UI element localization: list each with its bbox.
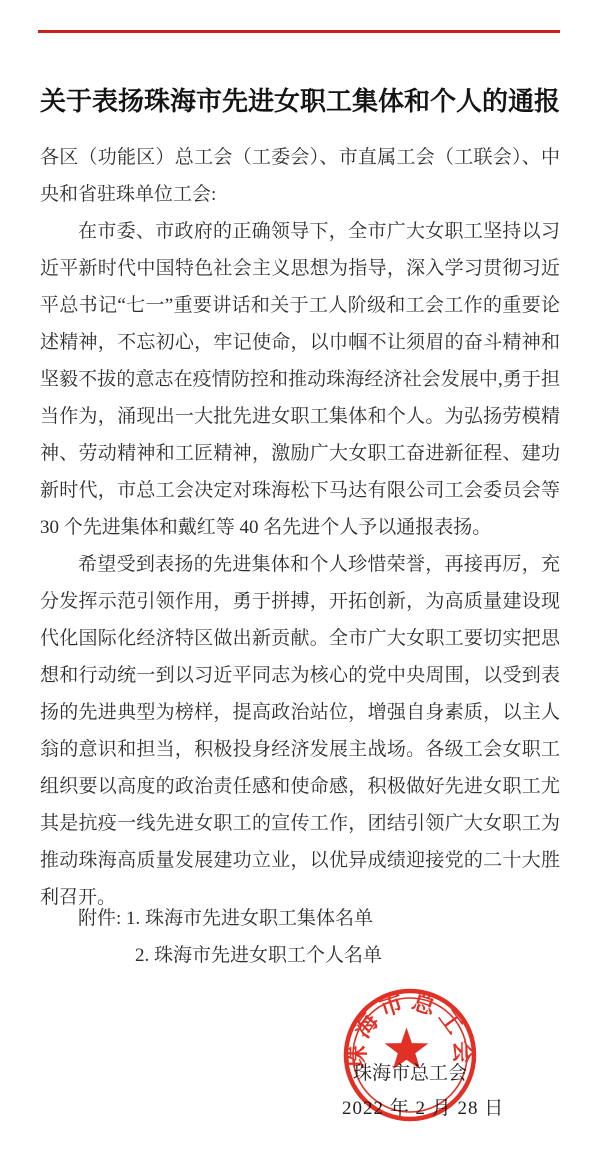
official-seal: 珠海市总工会 [340,985,480,1125]
body-paragraph: 在市委、市政府的正确领导下，全市广大女职工坚持以习近平新时代中国特色社会主义思想… [40,213,560,546]
body-paragraph: 希望受到表扬的先进集体和个人珍惜荣誉，再接再厉，充分发挥示范引领作用，勇于拼搏，… [40,546,560,916]
salutation-text: 各区（功能区）总工会（工委会）、市直属工会（工联会）、中央和省驻珠单位工会: [40,139,560,213]
document-page: 关于表扬珠海市先进女职工集体和个人的通报 各区（功能区）总工会（工委会）、市直属… [0,0,600,1150]
document-title: 关于表扬珠海市先进女职工集体和个人的通报 [0,85,600,119]
attachment-line: 2. 珠海市先进女职工个人名单 [135,942,382,970]
attachment-line: 附件: 1. 珠海市先进女职工集体名单 [78,905,373,933]
header-rule-divider [38,30,560,33]
star-icon [385,1028,429,1070]
